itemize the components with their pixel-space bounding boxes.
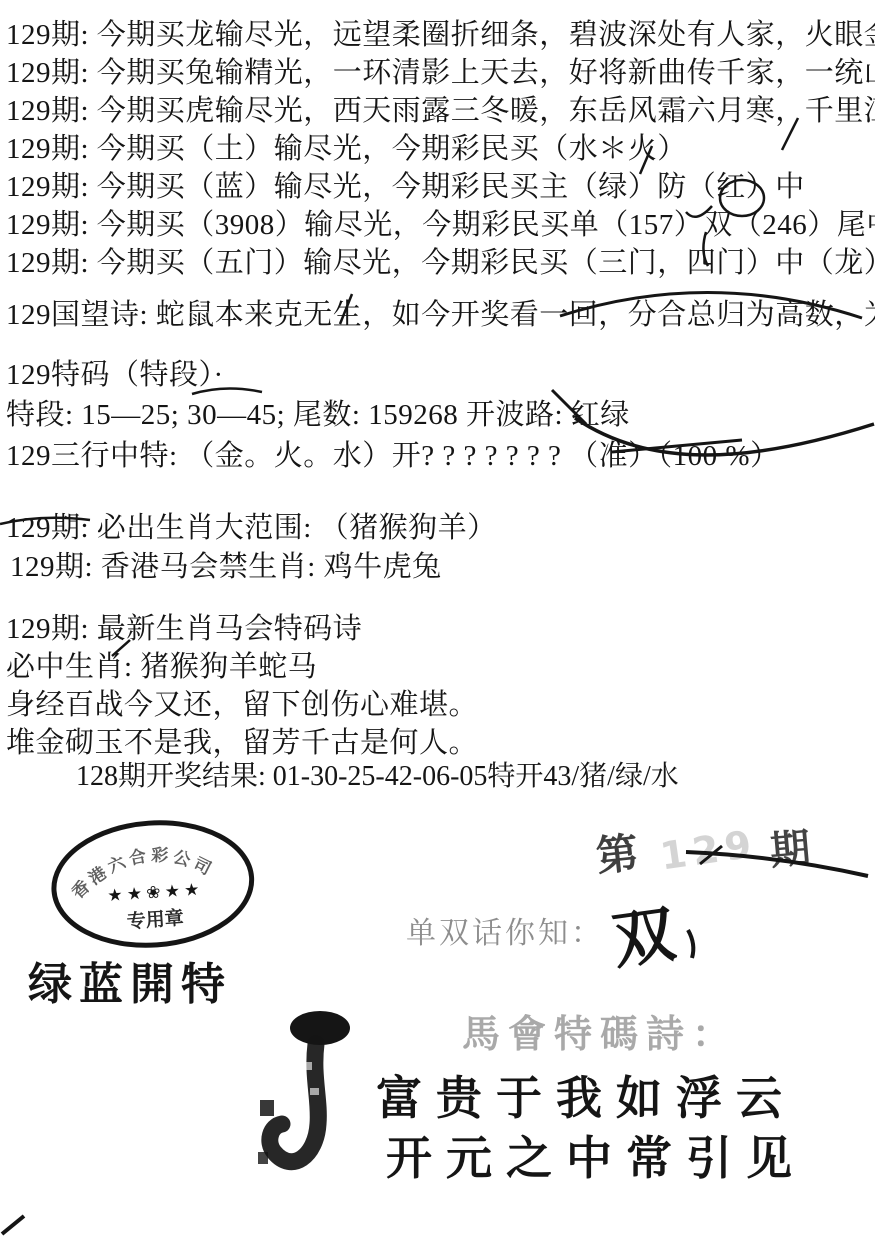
sanxing-line: 129三行中特: （金。火。水）开? ? ? ? ? ? ? （准）（100 %… — [6, 433, 780, 474]
bottom-verse: 开元之中常引见 — [386, 1122, 806, 1188]
handwritten-issue-suffix: 期 — [768, 816, 813, 876]
stamp-bottom-text: 专用章 — [126, 906, 184, 933]
shige-header: 129期: 最新生肖马会特码诗 — [6, 606, 362, 647]
issue-line: 129期: 今期买（土）输尽光，今期彩民买（水＊火） — [6, 126, 687, 167]
danshuang-label: 单双话你知： — [406, 908, 604, 952]
bizhong-line: 必中生肖: 猪猴狗羊蛇马 — [6, 644, 317, 685]
issue-line: 129期: 今期买（3908）输尽光，今期彩民买单（157）双（246）尾中 — [6, 202, 875, 243]
bichu-line: 129期: 必出生肖大范围: （猪猴狗羊） — [6, 505, 497, 546]
issue-line: 129期: 今期买兔输精光，一环清影上天去，好将新曲传千家，一统山河歌太平。 — [6, 50, 875, 91]
issue-line: 129期: 今期买龙输尽光，远望柔圈折细条，碧波深处有人家，火眼金星辨妖邪。 — [6, 12, 875, 53]
poem-verse: 身经百战今又还，留下创伤心难堪。 — [6, 682, 478, 723]
jin-line: 129期: 香港马会禁生肖: 鸡牛虎兔 — [10, 544, 442, 585]
teduan-line: 特段: 15—25; 30—45; 尾数: 159268 开波路: 红绿 — [6, 392, 630, 433]
issue-line: 129期: 今期买（蓝）输尽光，今期彩民买主（绿）防（红）中 — [6, 164, 805, 205]
issue-line: 129期: 今期买（五门）输尽光，今期彩民买（三门，四门）中（龙） — [6, 240, 875, 281]
document-page: 129期: 今期买龙输尽光，远望柔圈折细条，碧波深处有人家，火眼金星辨妖邪。 1… — [0, 0, 875, 1238]
handwritten-issue-number: 129 — [657, 821, 760, 878]
pen-tick-annotation — [688, 930, 693, 958]
tema-header: 129特码（特段）· — [6, 352, 224, 393]
stamp-stars: ★ ★ ❀ ★ ★ — [107, 880, 200, 905]
mahui-header: 馬會特碼詩： — [462, 1003, 738, 1058]
corner-tick-mark — [2, 1216, 24, 1234]
result-128-line: 128期开奖结果: 01-30-25-42-06-05特开43/猪/绿/水 — [76, 754, 679, 794]
handwritten-issue-prefix: 第 — [593, 820, 641, 884]
lvlan-label: 绿蓝開特 — [28, 948, 232, 1012]
issue-line: 129期: 今期买虎输尽光，西天雨露三冬暖，东岳风霜六月寒，千里江山陪赠尾。 — [6, 88, 875, 129]
snake-ink-mark — [258, 1002, 378, 1207]
company-stamp: 香港六合彩公司 ★ ★ ❀ ★ ★ 专用章 — [41, 811, 265, 964]
bottom-verse: 富贵于我如浮云 — [376, 1062, 796, 1128]
danshuang-answer-handwritten: 双 — [606, 884, 680, 981]
guowang-poem: 129国望诗: 蛇鼠本来克无生，如今开奖看一回，分合总归为高数，为你开辟黄金道。 — [6, 292, 875, 333]
